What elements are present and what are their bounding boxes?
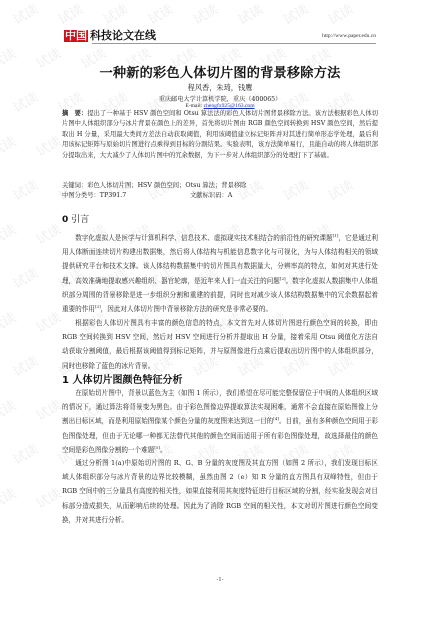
doc-label: 文献标识码：: [190, 192, 228, 199]
watermark-text: 试读: [32, 219, 64, 248]
watermark-text: 试读: [189, 0, 221, 28]
watermark-text: 试读: [9, 439, 41, 468]
page-header: 中国 科技论文在线 http://www.paper.edu.cn: [62, 28, 376, 46]
logo-black-text: 科技论文在线: [90, 30, 156, 42]
site-logo: 中国 科技论文在线: [64, 30, 156, 42]
header-url[interactable]: http://www.paper.edu.cn: [322, 33, 376, 39]
watermark-text: 试读: [324, 0, 356, 28]
section-number: 0: [62, 215, 68, 225]
watermark-text: 试读: [279, 0, 311, 28]
doc-code: 文献标识码：A: [190, 190, 232, 199]
section-number: 1: [62, 375, 69, 386]
watermark-text: 试读: [0, 307, 19, 336]
doc-value: A: [228, 192, 233, 199]
text-run: ，因此对人体切片图中背景移除方法的研究是非常必要的。: [101, 305, 272, 313]
paper-title: 一种新的彩色人体切片图的背景移除方法: [0, 62, 440, 81]
watermark-text: 试读: [32, 131, 64, 160]
watermark-text: 试读: [9, 0, 41, 28]
clc-value: TP391.7: [100, 192, 126, 199]
section1-paragraph-2: 通过分析图 1(a)中原始切片图的 R、G、B 分量的灰度图及其直方图（如图 2…: [62, 456, 378, 527]
classification: 中图分类号：TP391.7 文献标识码：A: [62, 190, 126, 199]
watermark-text: 试读: [0, 483, 19, 512]
text-run: 。: [160, 446, 167, 454]
header-rule: [92, 43, 376, 44]
keywords-text: 彩色人体切片图；HSV 颜色空间；Otsu 算法；背景移除: [87, 182, 246, 189]
affiliation: 重庆邮电大学计算机学院，重庆（400065）: [0, 94, 440, 103]
logo-red-text: 中国: [64, 30, 88, 42]
intro-paragraph-2: 根据彩色人体切片图具有丰富的颜色信息的特点，本文首先对人体切片图进行颜色空间的转…: [62, 316, 378, 373]
page-number: -1-: [0, 577, 440, 583]
watermark-text: 试读: [32, 307, 64, 336]
watermark-text: 试读: [144, 0, 176, 28]
watermark-text: 试读: [234, 0, 266, 28]
watermark-text: 试读: [0, 131, 19, 160]
watermark-text: 试读: [9, 351, 41, 380]
watermark-text: 试读: [9, 175, 41, 204]
watermark-text: 试读: [54, 0, 86, 28]
watermark-text: 试读: [0, 395, 19, 424]
section-title: 人体切片图颜色特征分析: [72, 375, 182, 386]
authors: 程风香，朱琦，钱鹰: [0, 83, 440, 93]
abstract: 摘 要：提出了一种基于 HSV 颜色空间和 Otsu 算法法的彩色人体切片图背景…: [62, 109, 378, 161]
text-run: 数字化虚拟人是医学与计算机科学、信息技术、虚拟现实技术相结合的前沿性的研究课题: [75, 234, 333, 242]
watermark-text: 试读: [32, 395, 64, 424]
intro-paragraph-1: 数字化虚拟人是医学与计算机科学、信息技术、虚拟现实技术相结合的前沿性的研究课题[…: [62, 231, 378, 316]
section-title: 引言: [71, 215, 89, 225]
watermark-text: 试读: [99, 0, 131, 28]
section1-paragraph-1: 在原始切片图中，背景以蓝色为主（如图 1 所示），我们希望在尽可能完整保留位于中…: [62, 386, 378, 457]
abstract-text: 提出了一种基于 HSV 颜色空间和 Otsu 算法法的彩色人体切片图背景移除方法…: [62, 110, 378, 159]
watermark-text: 试读: [0, 219, 19, 248]
watermark-text: 试读: [32, 483, 64, 512]
clc-label: 中图分类号：: [62, 192, 100, 199]
section-heading-1: 1 人体切片图颜色特征分析: [62, 371, 182, 386]
watermark-text: 试读: [9, 263, 41, 292]
keywords: 关键词：彩色人体切片图；HSV 颜色空间；Otsu 算法；背景移除: [62, 180, 378, 189]
abstract-label: 摘 要：: [62, 110, 87, 117]
section-heading-intro: 0 引言: [62, 212, 89, 225]
keywords-label: 关键词：: [62, 182, 87, 189]
